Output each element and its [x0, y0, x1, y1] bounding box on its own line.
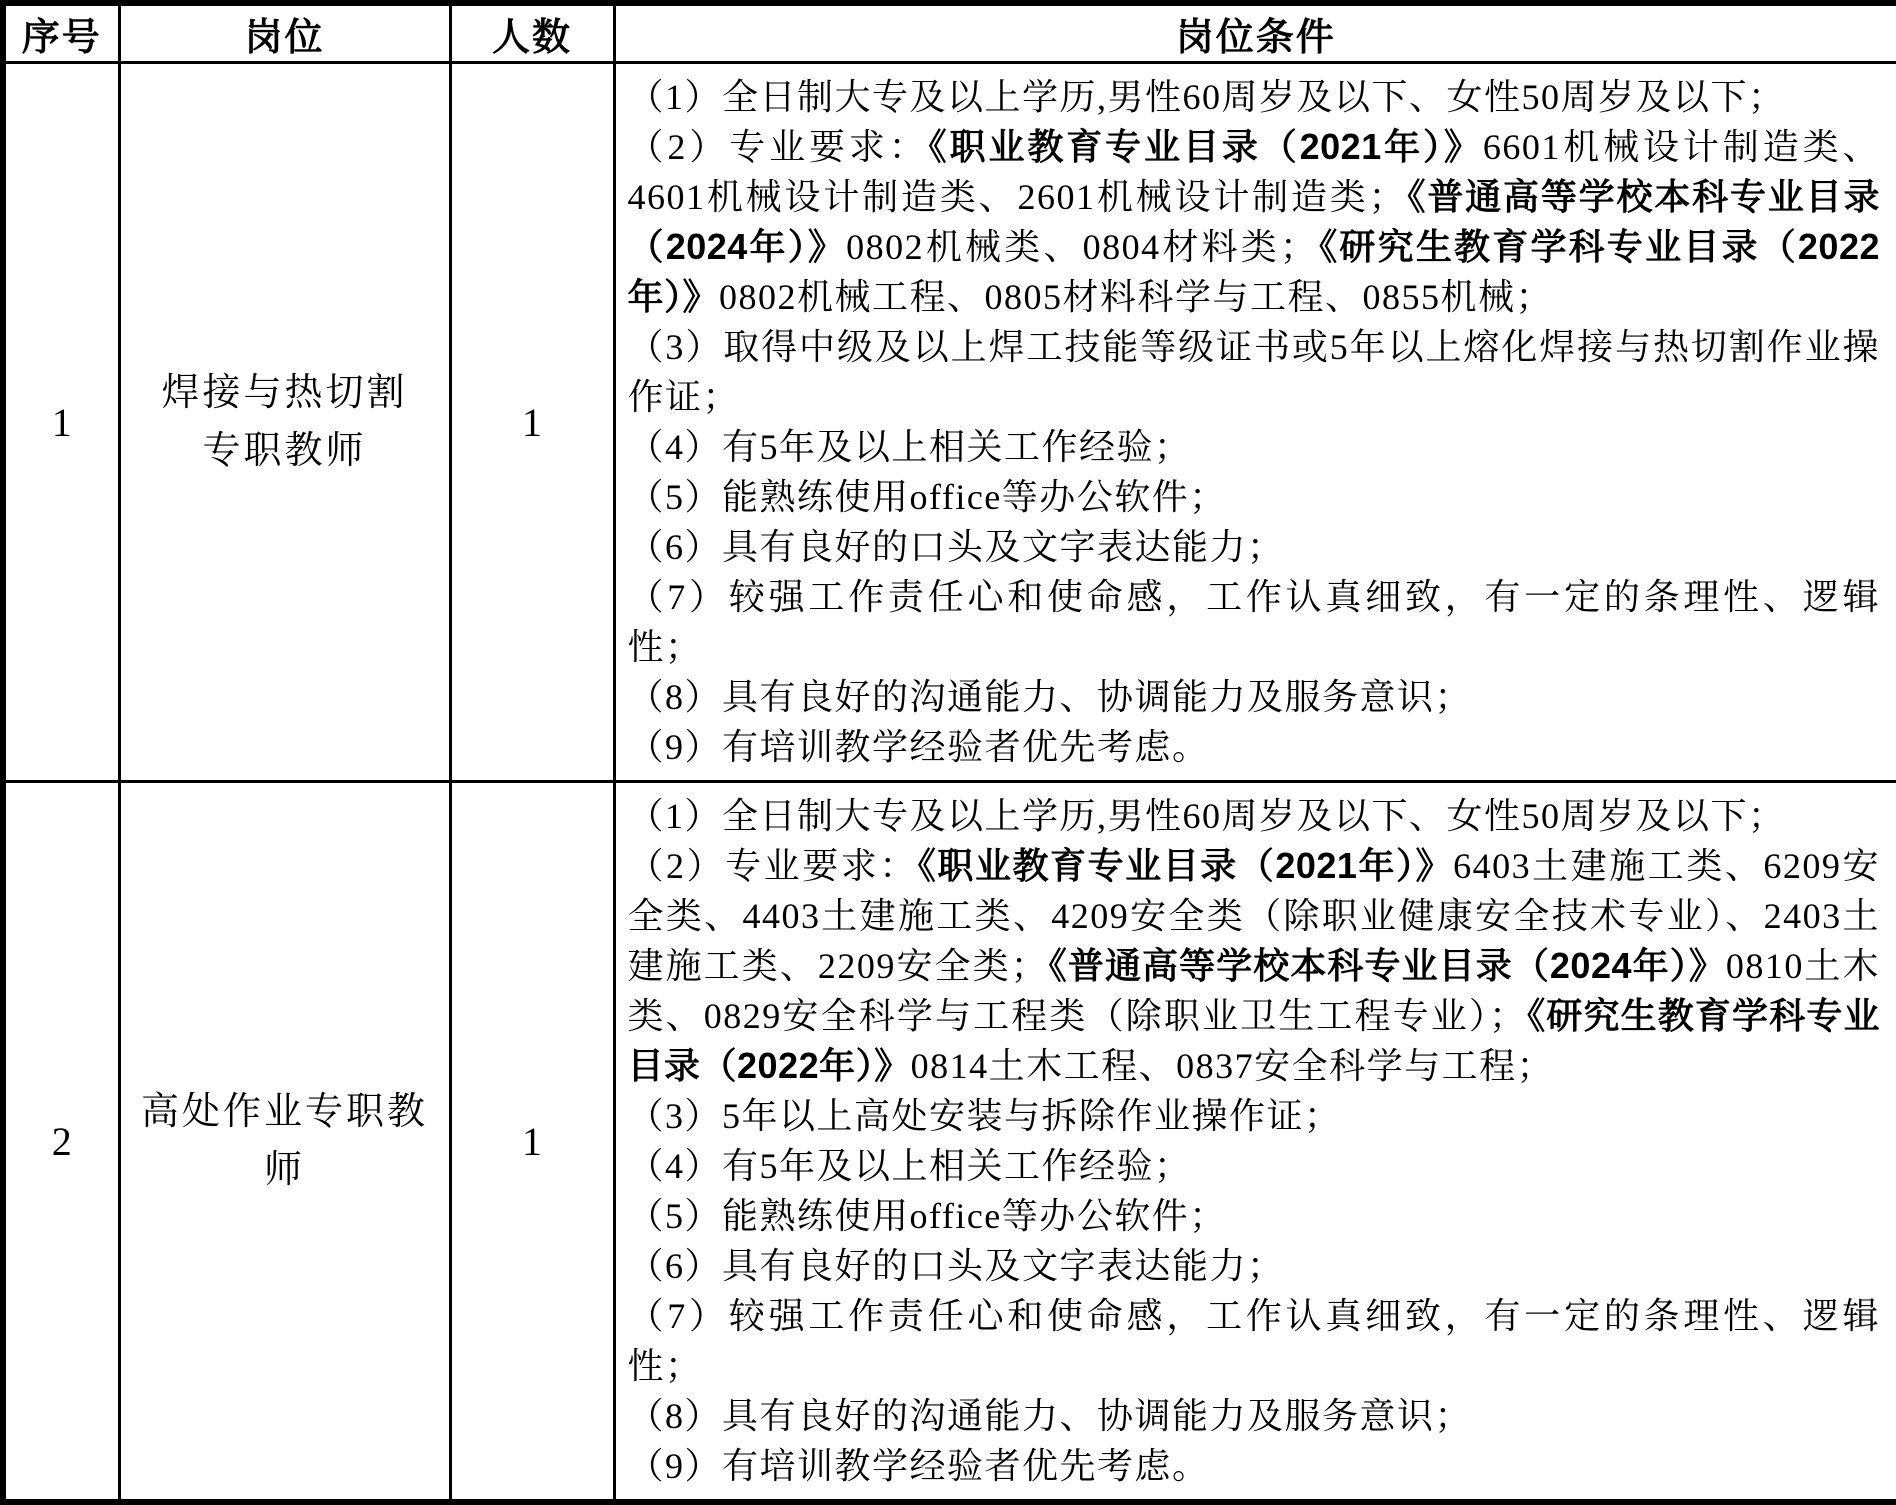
- requirement-item: （8）具有良好的沟通能力、协调能力及服务意识；: [628, 1391, 1881, 1441]
- requirement-item: （8）具有良好的沟通能力、协调能力及服务意识；: [628, 672, 1881, 722]
- requirement-text: （8）具有良好的沟通能力、协调能力及服务意识；: [628, 1396, 1473, 1436]
- position-line: 焊接与热切割: [127, 364, 443, 422]
- requirement-item: （5）能熟练使用office等办公软件；: [628, 472, 1881, 522]
- requirement-item: （9）有培训教学经验者优先考虑。: [628, 1441, 1881, 1491]
- requirement-text: （4）有5年及以上相关工作经验；: [628, 1146, 1192, 1186]
- table-body: 1焊接与热切割专职教师1（1）全日制大专及以上学历,男性60周岁及以下、女性50…: [3, 63, 1896, 1503]
- table-row: 2高处作业专职教师1（1）全日制大专及以上学历,男性60周岁及以下、女性50周岁…: [3, 782, 1896, 1503]
- position-line: 高处作业专职教师: [127, 1083, 443, 1199]
- requirement-text: （9）有培训教学经验者优先考虑。: [628, 1446, 1210, 1486]
- requirement-text: （1）全日制大专及以上学历,男性60周岁及以下、女性50周岁及以下；: [628, 796, 1786, 836]
- cell-requirements: （1）全日制大专及以上学历,男性60周岁及以下、女性50周岁及以下；（2）专业要…: [614, 782, 1896, 1503]
- requirement-item: （4）有5年及以上相关工作经验；: [628, 1141, 1881, 1191]
- requirement-text: 0802机械工程、0805材料科学与工程、0855机械；: [719, 277, 1553, 317]
- header-position: 岗位: [119, 3, 450, 63]
- requirement-item: （2）专业要求：《职业教育专业目录（2021年）》6403土建施工类、6209安…: [628, 841, 1881, 1091]
- requirement-item: （6）具有良好的口头及文字表达能力；: [628, 1241, 1881, 1291]
- header-requirements: 岗位条件: [614, 3, 1896, 63]
- catalog-title-bold: 《职业教育专业目录（2021年）》: [918, 845, 1453, 886]
- requirement-text: （3）取得中级及以上焊工技能等级证书或5年以上熔化焊接与热切割作业操作证；: [628, 327, 1881, 417]
- catalog-title-bold: 《职业教育专业目录（2021年）》: [929, 126, 1483, 167]
- cell-headcount: 1: [450, 782, 614, 1503]
- requirement-item: （6）具有良好的口头及文字表达能力；: [628, 522, 1881, 572]
- requirement-text: （7）较强工作责任心和使命感，工作认真细致，有一定的条理性、逻辑性；: [628, 1296, 1881, 1386]
- cell-headcount: 1: [450, 63, 614, 782]
- cell-position: 高处作业专职教师: [119, 782, 450, 1503]
- requirement-text: （4）有5年及以上相关工作经验；: [628, 427, 1192, 467]
- requirement-item: （1）全日制大专及以上学历,男性60周岁及以下、女性50周岁及以下；: [628, 72, 1881, 122]
- requirement-item: （7）较强工作责任心和使命感，工作认真细致，有一定的条理性、逻辑性；: [628, 1291, 1881, 1391]
- cell-position: 焊接与热切割专职教师: [119, 63, 450, 782]
- header-headcount: 人数: [450, 3, 614, 63]
- cell-requirements: （1）全日制大专及以上学历,男性60周岁及以下、女性50周岁及以下；（2）专业要…: [614, 63, 1896, 782]
- requirement-item: （5）能熟练使用office等办公软件；: [628, 1191, 1881, 1241]
- requirement-text: （5）能熟练使用office等办公软件；: [628, 1196, 1227, 1236]
- requirement-text: （8）具有良好的沟通能力、协调能力及服务意识；: [628, 677, 1473, 717]
- requirement-text: 0814土木工程、0837安全科学与工程；: [911, 1046, 1555, 1086]
- requirement-text: （1）全日制大专及以上学历,男性60周岁及以下、女性50周岁及以下；: [628, 77, 1786, 117]
- position-line: 专职教师: [127, 422, 443, 480]
- requirement-item: （4）有5年及以上相关工作经验；: [628, 422, 1881, 472]
- catalog-title-bold: 《普通高等学校本科专业目录（2024年）》: [1048, 945, 1726, 986]
- cell-index: 2: [3, 782, 119, 1503]
- requirement-text: （2）专业要求：: [628, 127, 929, 167]
- requirement-item: （1）全日制大专及以上学历,男性60周岁及以下、女性50周岁及以下；: [628, 791, 1881, 841]
- recruitment-table: 序号 岗位 人数 岗位条件 1焊接与热切割专职教师1（1）全日制大专及以上学历,…: [0, 0, 1896, 1505]
- requirement-text: 0802机械类、0804材料类；: [846, 227, 1317, 267]
- requirement-item: （9）有培训教学经验者优先考虑。: [628, 722, 1881, 772]
- requirement-item: （2）专业要求：《职业教育专业目录（2021年）》6601机械设计制造类、460…: [628, 122, 1881, 322]
- header-row: 序号 岗位 人数 岗位条件: [3, 3, 1896, 63]
- header-index: 序号: [3, 3, 119, 63]
- requirement-text: （6）具有良好的口头及文字表达能力；: [628, 527, 1285, 567]
- requirement-text: （6）具有良好的口头及文字表达能力；: [628, 1246, 1285, 1286]
- requirement-item: （3）5年以上高处安装与拆除作业操作证；: [628, 1091, 1881, 1141]
- cell-index: 1: [3, 63, 119, 782]
- requirement-text: （5）能熟练使用office等办公软件；: [628, 477, 1227, 517]
- requirement-text: （9）有培训教学经验者优先考虑。: [628, 727, 1210, 767]
- page: 序号 岗位 人数 岗位条件 1焊接与热切割专职教师1（1）全日制大专及以上学历,…: [0, 0, 1896, 1412]
- requirement-text: （2）专业要求：: [628, 846, 918, 886]
- requirement-text: （3）5年以上高处安装与拆除作业操作证；: [628, 1096, 1342, 1136]
- requirement-item: （7）较强工作责任心和使命感，工作认真细致，有一定的条理性、逻辑性；: [628, 572, 1881, 672]
- requirement-item: （3）取得中级及以上焊工技能等级证书或5年以上熔化焊接与热切割作业操作证；: [628, 322, 1881, 422]
- requirement-text: （7）较强工作责任心和使命感，工作认真细致，有一定的条理性、逻辑性；: [628, 577, 1881, 667]
- table-row: 1焊接与热切割专职教师1（1）全日制大专及以上学历,男性60周岁及以下、女性50…: [3, 63, 1896, 782]
